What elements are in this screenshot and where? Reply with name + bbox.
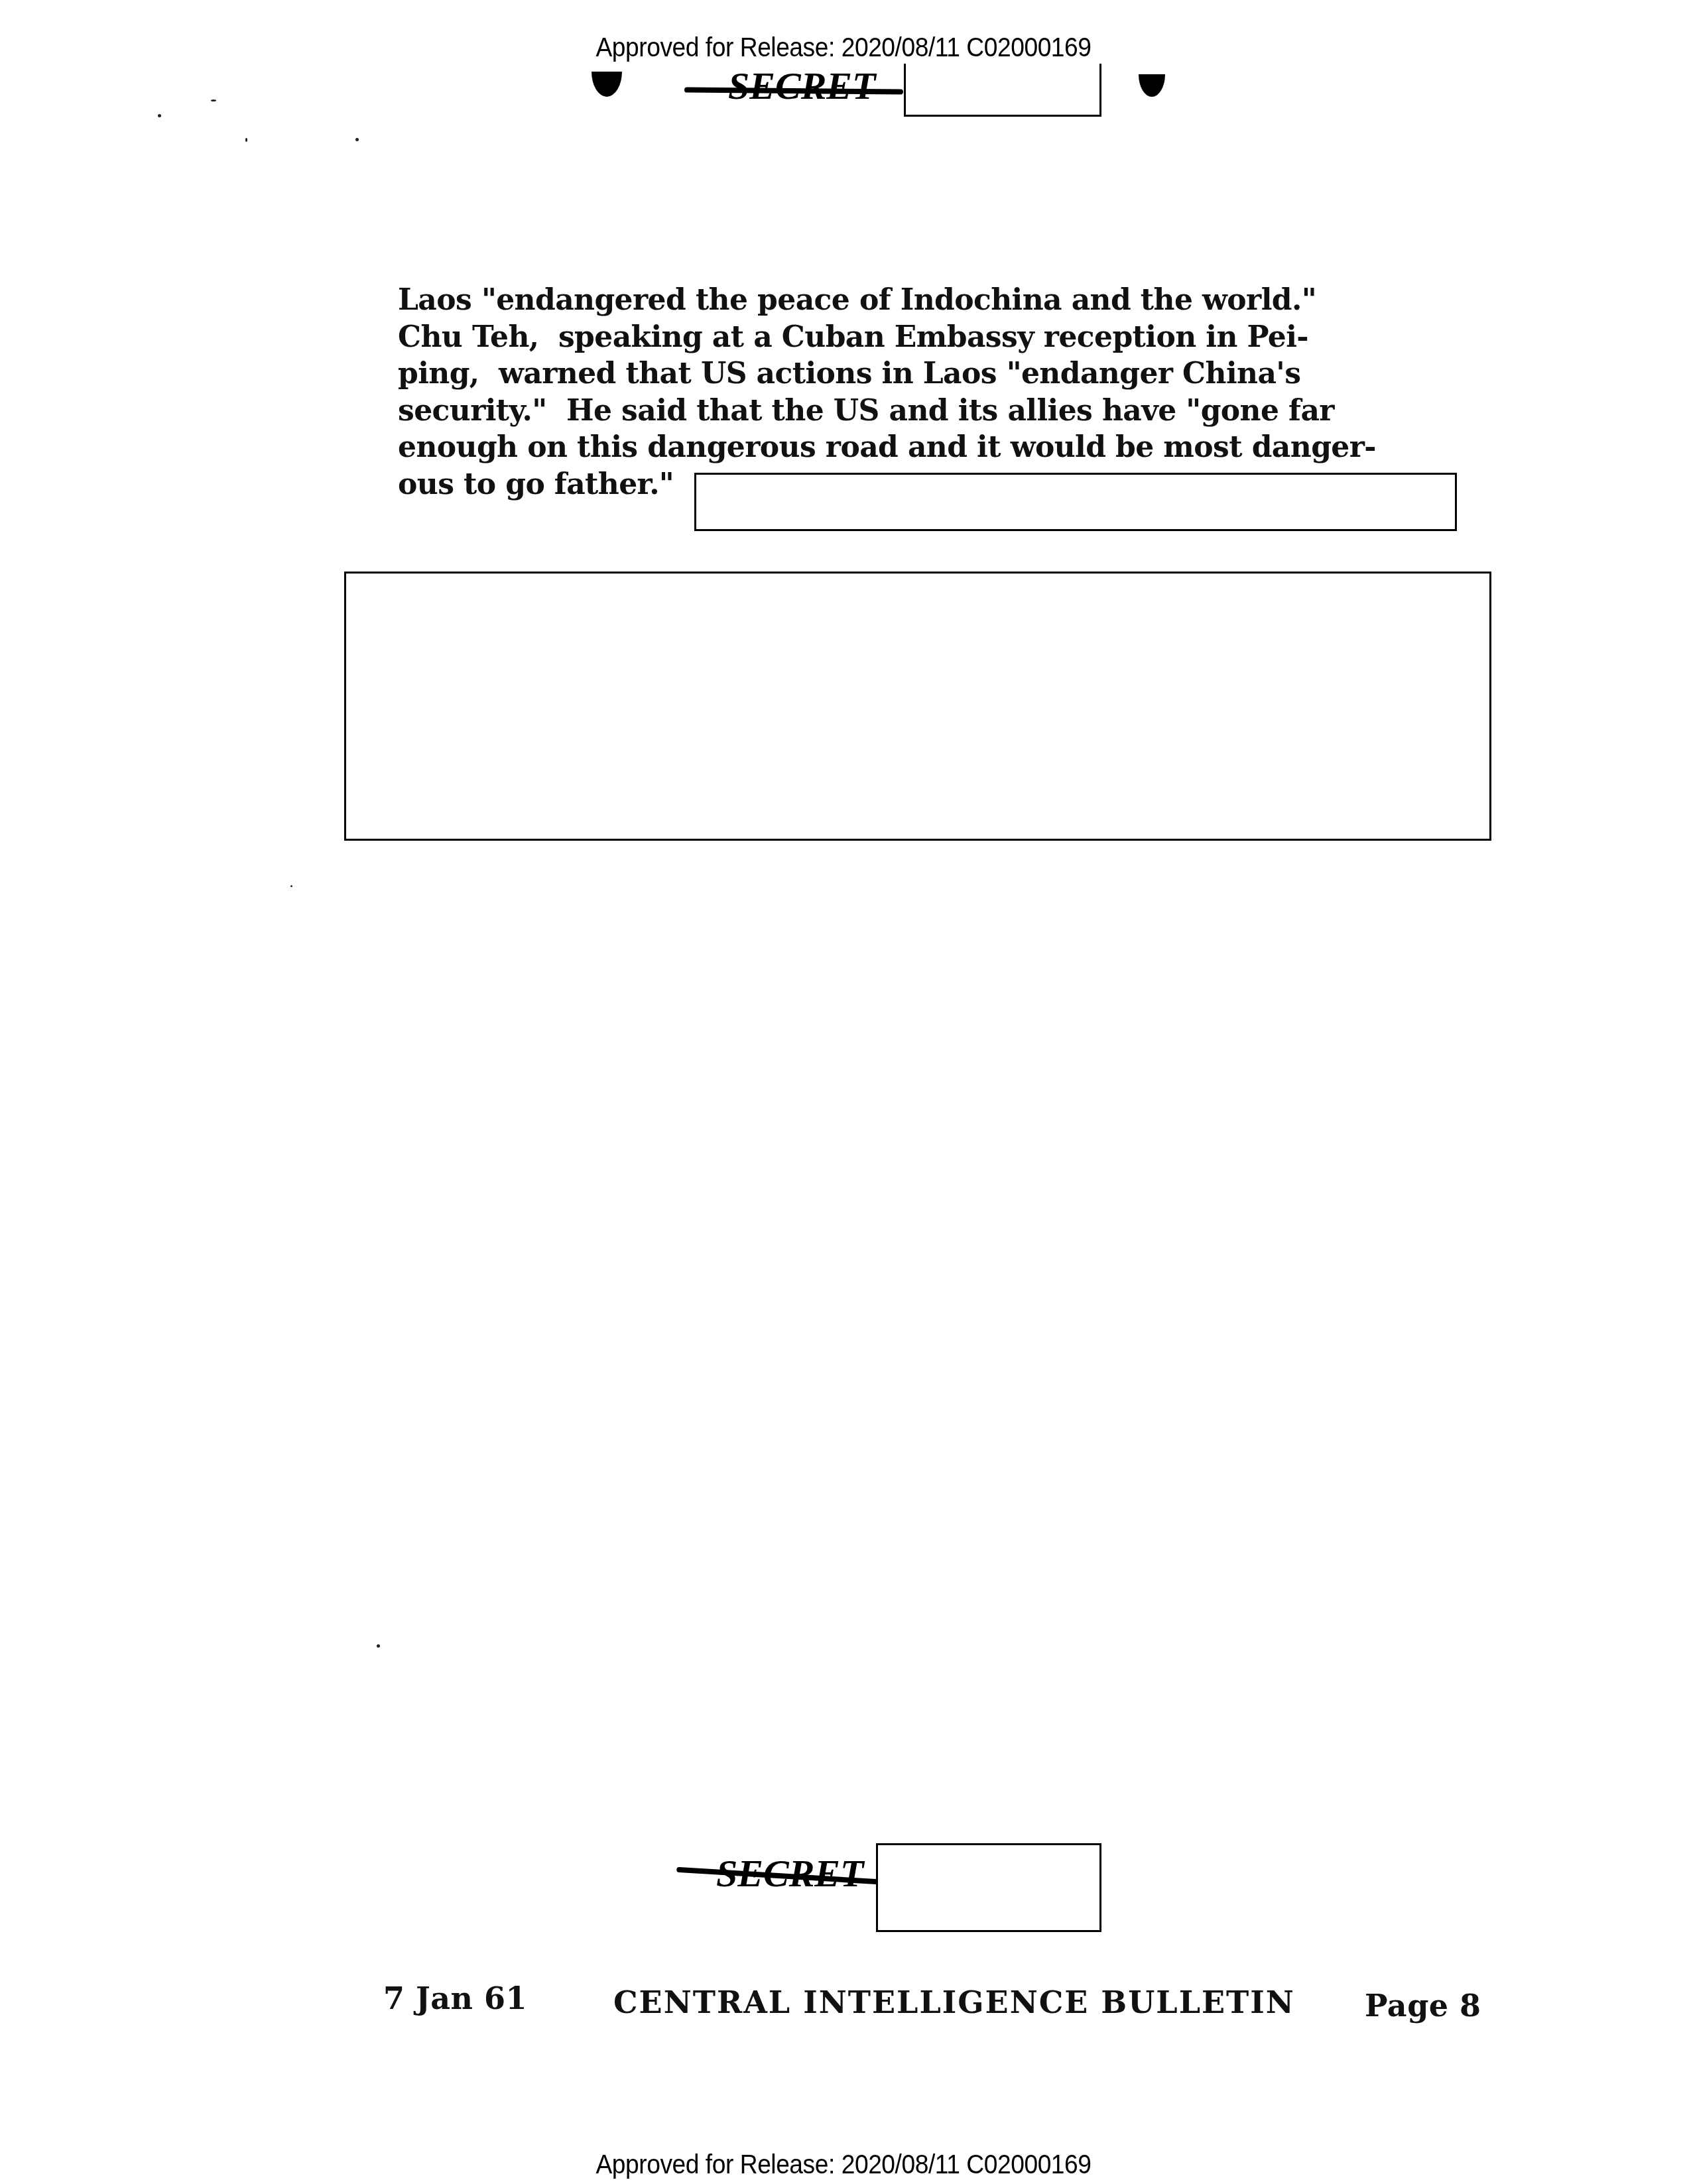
- header-redaction-box: [904, 64, 1101, 117]
- punch-mark-left: [592, 72, 622, 97]
- scan-speck: [290, 885, 292, 887]
- classification-top-strike: [684, 88, 903, 95]
- scan-speck: [245, 138, 247, 142]
- scan-speck: [158, 114, 161, 117]
- scan-speck: [377, 1644, 380, 1648]
- body-line: enough on this dangerous road and it wou…: [398, 429, 1376, 466]
- footer-redaction-box: [876, 1843, 1101, 1932]
- footer-title: CENTRAL INTELLIGENCE BULLETIN: [613, 1984, 1295, 2020]
- punch-mark-right: [1139, 74, 1165, 97]
- body-line: Laos "endangered the peace of Indochina …: [398, 282, 1376, 319]
- inline-redaction-box: [694, 473, 1457, 531]
- body-line: ping, warned that US actions in Laos "en…: [398, 355, 1376, 393]
- body-line: Chu Teh, speaking at a Cuban Embassy rec…: [398, 319, 1376, 356]
- footer-date: 7 Jan 61: [383, 1980, 527, 2016]
- body-line: security." He said that the US and its a…: [398, 393, 1376, 430]
- body-paragraph: Laos "endangered the peace of Indochina …: [398, 282, 1376, 503]
- approval-stamp-top: Approved for Release: 2020/08/11 C020001…: [59, 33, 1628, 63]
- scan-speck: [355, 138, 359, 141]
- block-redaction-box: [344, 572, 1491, 841]
- footer-page: Page 8: [1365, 1988, 1481, 2024]
- approval-stamp-bottom: Approved for Release: 2020/08/11 C020001…: [59, 2150, 1628, 2180]
- classification-top: SECRET: [728, 64, 875, 108]
- scan-speck: [211, 99, 216, 101]
